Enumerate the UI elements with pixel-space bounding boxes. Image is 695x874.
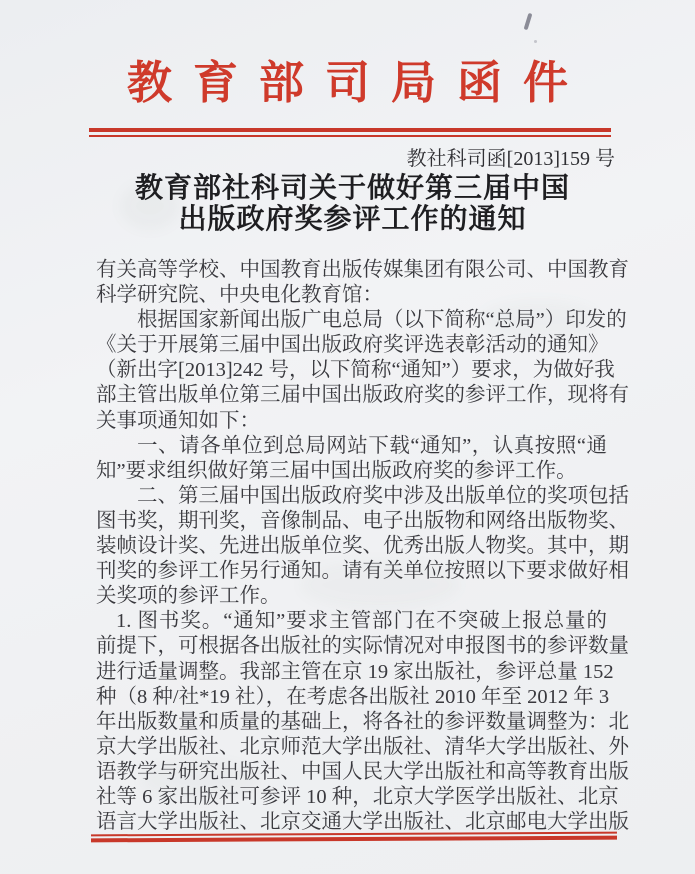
scan-mark-artifact [524,13,533,30]
document-title-line-2: 出版政府奖参评工作的通知 [40,203,665,234]
body-line: 关奖项的参评工作。 [96,584,607,609]
body-line: 进行适量调整。我部主管在京 19 家出版社，参评总量 152 [96,660,607,685]
body-line: 科学研究院、中央电化教育馆： [96,283,607,308]
body-line: 装帧设计奖、先进出版单位奖、优秀出版人物奖。其中，期 [96,534,607,559]
scanned-document-page: 教育部司局函件 教社科司函[2013]159 号 教育部社科司关于做好第三届中国… [0,0,695,874]
document-title-line-1: 教育部社科司关于做好第三届中国 [40,172,665,203]
body-line: 种（8 种/社*19 社），在考虑各出版社 2010 年至 2012 年 3 [96,685,607,710]
document-number: 教社科司函[2013]159 号 [407,147,615,171]
footer-rule [91,832,617,843]
body-line: 语教学与研究出版社、中国人民大学出版社和高等教育出版 [96,760,607,785]
scan-speck-artifact [534,40,537,43]
body-line: 知”要求组织做好第三届中国出版政府奖的参评工作。 [96,459,607,484]
document-body: 有关高等学校、中国教育出版传媒集团有限公司、中国教育 科学研究院、中央电化教育馆… [96,258,607,835]
body-line: 根据国家新闻出版广电总局（以下简称“总局”）印发的 [96,308,607,333]
body-line: 一、请各单位到总局网站下载“通知”，认真按照“通 [96,434,607,459]
body-line: 社等 6 家出版社可参评 10 种，北京大学医学出版社、北京 [96,785,607,810]
body-line: 有关高等学校、中国教育出版传媒集团有限公司、中国教育 [96,258,607,283]
body-line: 部主管出版单位第三届中国出版政府奖的参评工作，现将有 [96,383,607,408]
body-line: 刊奖的参评工作另行通知。请有关单位按照以下要求做好相 [96,559,607,584]
document-masthead: 教育部司局函件 [0,58,695,108]
masthead-divider-rule [89,128,611,137]
body-line: （新出字[2013]242 号，以下简称“通知”）要求，为做好我 [96,358,607,383]
body-line: 1. 图书奖。“通知”要求主管部门在不突破上报总量的 [96,609,607,634]
body-line: 京大学出版社、北京师范大学出版社、清华大学出版社、外 [96,735,607,760]
body-line: 《关于开展第三届中国出版政府奖评选表彰活动的通知》 [96,333,607,358]
body-line: 前提下，可根据各出版社的实际情况对申报图书的参评数量 [96,634,607,659]
body-line: 二、第三届中国出版政府奖中涉及出版单位的奖项包括 [96,484,607,509]
body-line: 年出版数量和质量的基础上，将各社的参评数量调整为：北 [96,710,607,735]
document-title: 教育部社科司关于做好第三届中国 出版政府奖参评工作的通知 [40,172,665,234]
body-line: 关事项通知如下： [96,409,607,434]
body-line: 图书奖，期刊奖，音像制品、电子出版物和网络出版物奖、 [96,509,607,534]
